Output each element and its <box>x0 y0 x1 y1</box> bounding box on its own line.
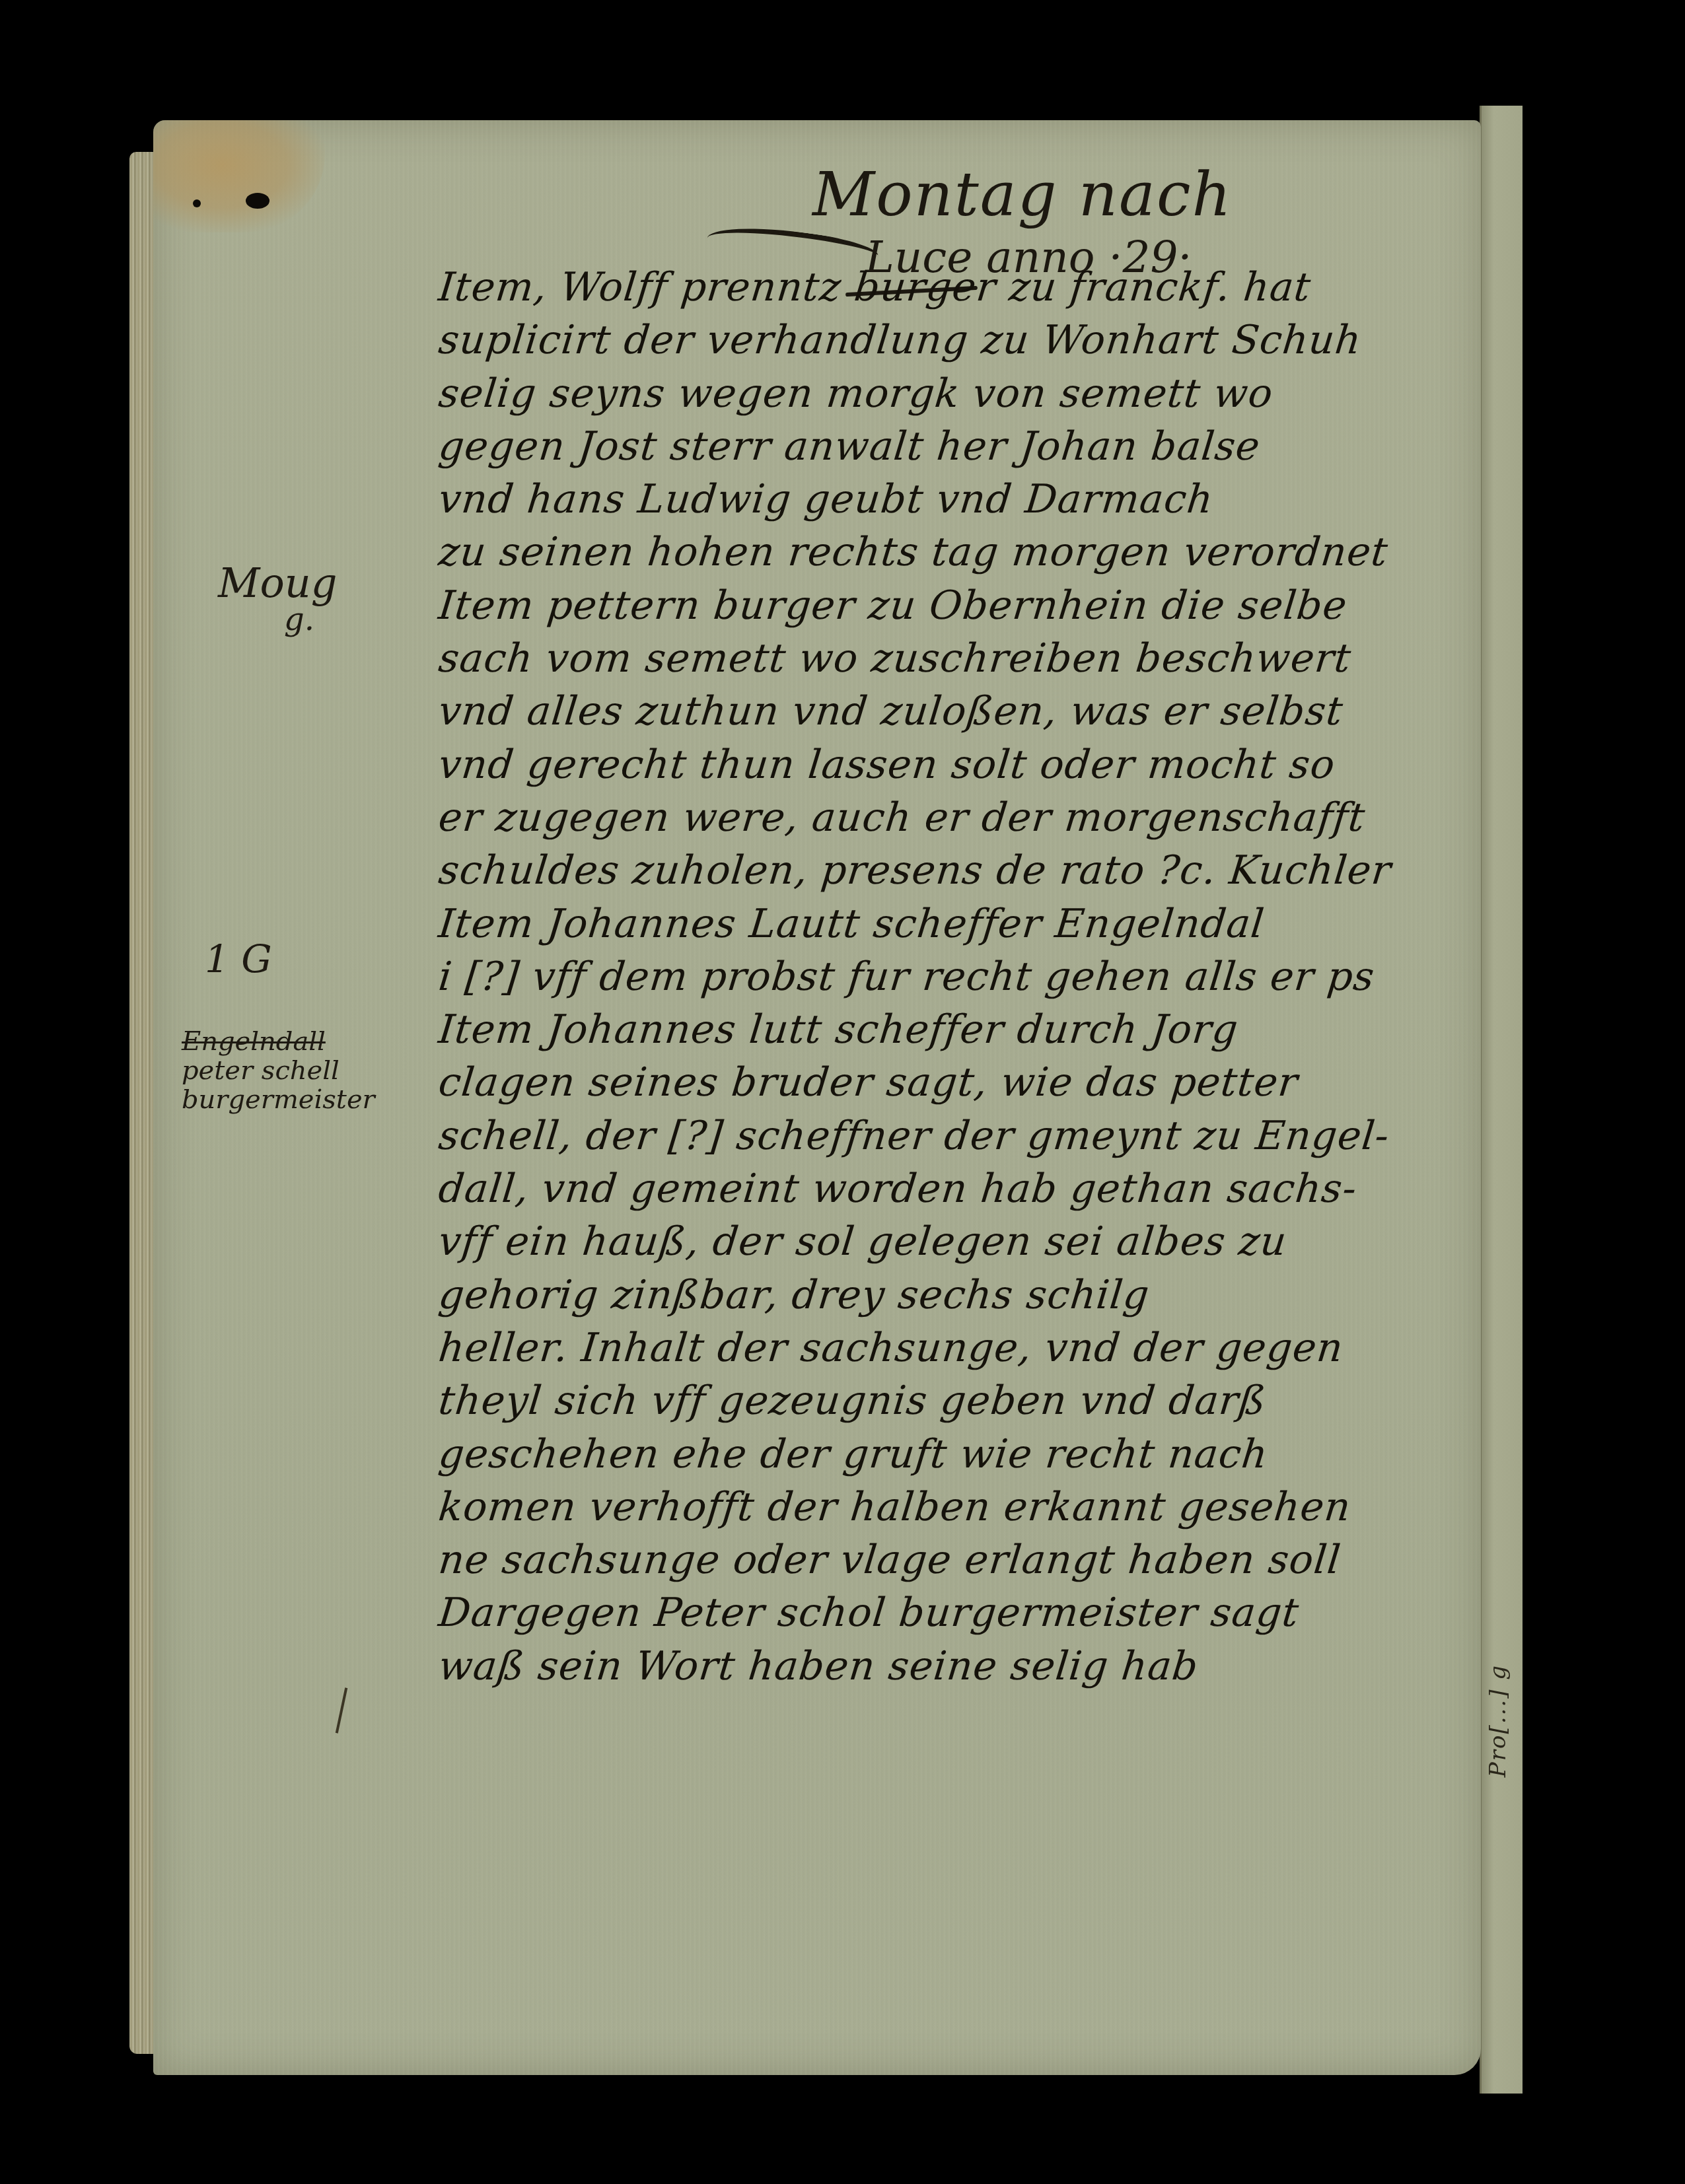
margin-note-names: Engelndall peter schell burgermeister <box>182 1027 375 1114</box>
text-line: Item, Wolff prenntz burger zu franckf. h… <box>436 261 1524 314</box>
text-line: Dargegen Peter schol burgermeister sagt <box>436 1586 1524 1639</box>
text-line: Item pettern burger zu Obernhein die sel… <box>436 579 1524 632</box>
text-line: sach vom semett wo zuschreiben beschwert <box>436 632 1524 685</box>
text-line: Item Johannes lutt scheffer durch Jorg <box>436 1003 1524 1056</box>
text-line: selig seyns wegen morgk von semett wo <box>436 367 1524 420</box>
text-line: zu seinen hohen rechts tag morgen verord… <box>436 526 1524 579</box>
margin-note: Moug g. <box>218 560 337 633</box>
margin-note-struck: Engelndall <box>182 1027 375 1056</box>
margin-note-name: peter schell <box>182 1056 375 1085</box>
text-line: i [?] vff dem probst fur recht gehen all… <box>436 950 1524 1003</box>
heading-date-line: Montag nach <box>812 159 1295 231</box>
text-line: schell, der [?] scheffner der gmeynt zu … <box>436 1110 1524 1162</box>
text-line: gehorig zinßbar, drey sechs schilg <box>436 1269 1524 1321</box>
margin-note-main: Moug <box>218 559 337 607</box>
ink-blot-large <box>246 193 269 209</box>
margin-note-sub: g. <box>284 606 337 633</box>
text-line: suplicirt der verhandlung zu Wonhart Sch… <box>436 314 1524 367</box>
text-line: schuldes zuholen, presens de rato ?c. Ku… <box>436 844 1524 897</box>
text-line: dall, vnd gemeint worden hab gethan sach… <box>436 1162 1524 1215</box>
ink-blot-small <box>193 199 201 207</box>
text-line: geschehen ehe der gruft wie recht nach <box>436 1428 1524 1481</box>
text-line: vnd gerecht thun lassen solt oder mocht … <box>436 738 1524 791</box>
text-line: Item Johannes Lautt scheffer Engelndal <box>436 898 1524 950</box>
text-line: clagen seines bruder sagt, wie das pette… <box>436 1056 1524 1109</box>
margin-note-number: 1 G <box>205 938 272 980</box>
corner-stain <box>153 120 325 232</box>
text-line: er zugegen were, auch er der morgenschaf… <box>436 791 1524 844</box>
body-text: Item, Wolff prenntz burger zu franckf. h… <box>436 261 1519 1693</box>
text-line: theyl sich vff gezeugnis geben vnd darß <box>436 1374 1524 1427</box>
text-line: ne sachsunge oder vlage erlangt haben so… <box>436 1533 1524 1586</box>
text-line: gegen Jost sterr anwalt her Johan balse <box>436 420 1524 473</box>
text-line: vnd hans Ludwig geubt vnd Darmach <box>436 473 1524 526</box>
text-line: waß sein Wort haben seine selig hab <box>436 1640 1524 1693</box>
text-line: komen verhofft der halben erkannt gesehe… <box>436 1481 1524 1533</box>
text-line: vff ein hauß, der sol gelegen sei albes … <box>436 1215 1524 1268</box>
text-line: vnd alles zuthun vnd zuloßen, was er sel… <box>436 685 1524 738</box>
text-line: heller. Inhalt der sachsunge, vnd der ge… <box>436 1321 1524 1374</box>
margin-note-title: burgermeister <box>182 1085 375 1114</box>
